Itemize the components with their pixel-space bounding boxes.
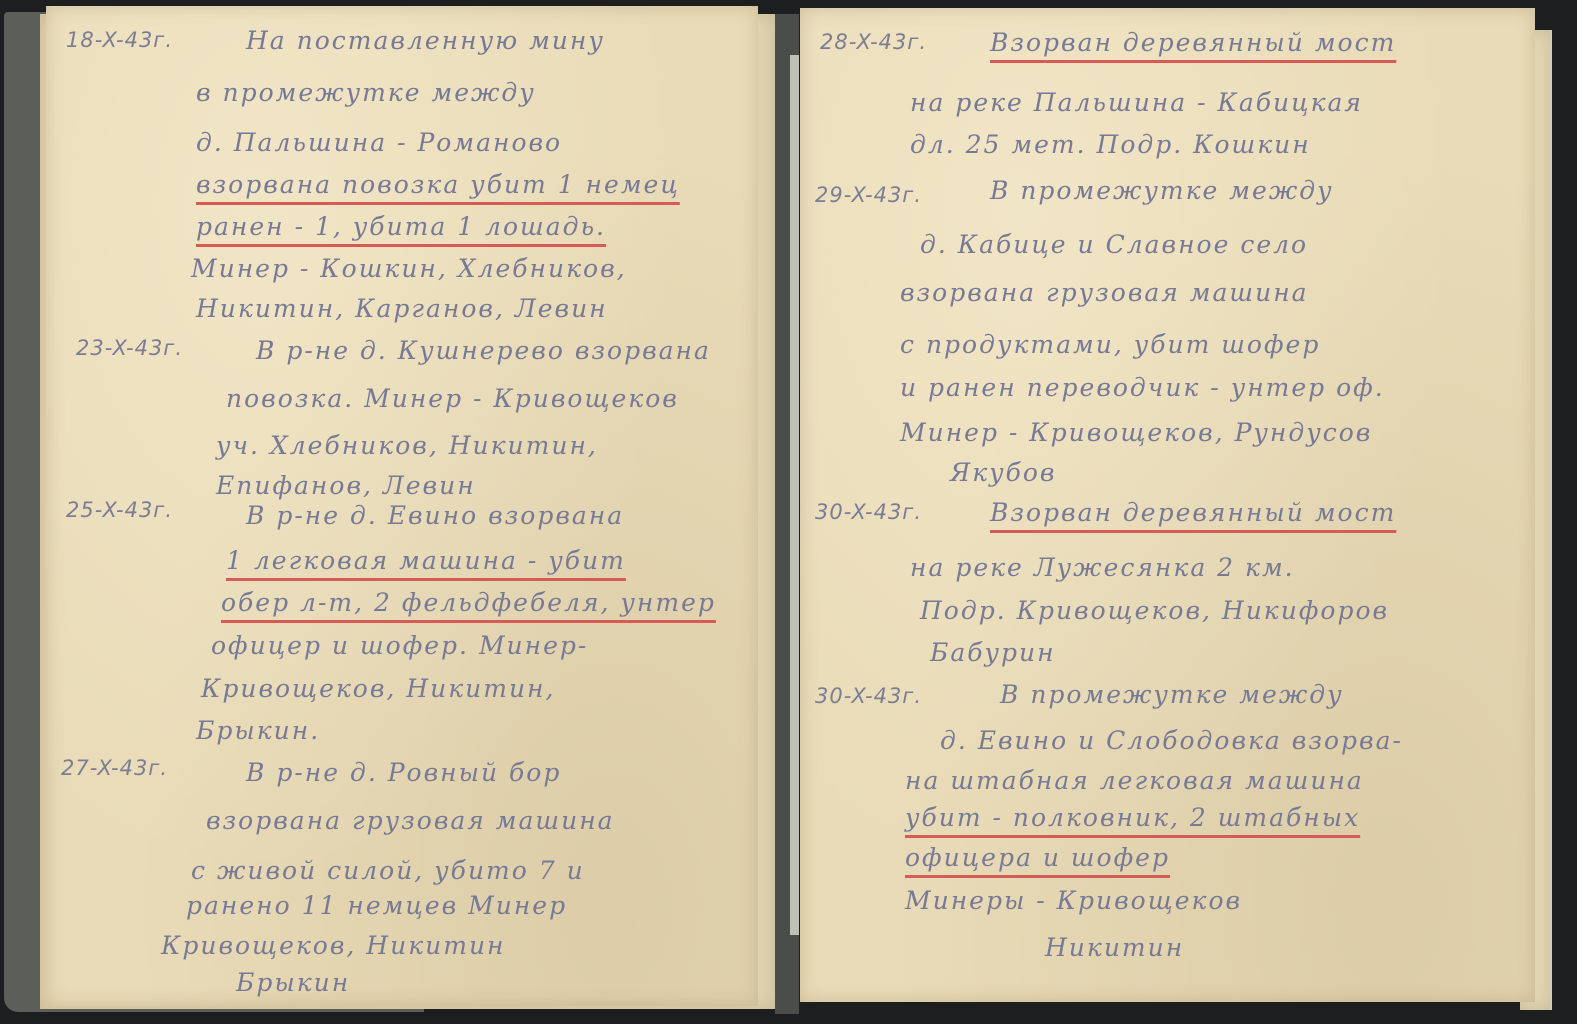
entry-line-underlined: офицера и шофер — [905, 843, 1170, 872]
entry-date: 30-X-43г. — [815, 684, 922, 708]
entry-line: на штабная легковая машина — [905, 766, 1364, 795]
entry-line: Минер - Кошкин, Хлебников, — [191, 254, 627, 283]
entry-line-underlined: ранен - 1, убита 1 лошадь. — [196, 212, 606, 241]
entry-line: взорвана грузовая машина — [206, 806, 615, 835]
entry-line: Никитин — [1045, 933, 1184, 962]
entry-line: ранено 11 немцев Минер — [186, 891, 567, 920]
entry-date: 18-X-43г. — [66, 28, 173, 52]
entry-line: Никитин, Карганов, Левин — [196, 294, 608, 323]
entry-line: уч. Хлебников, Никитин, — [216, 431, 598, 460]
entry-line: с живой силой, убито 7 и — [191, 856, 585, 885]
entry-line: д. Пальшина - Романово — [196, 128, 562, 157]
entry-line: Брыкин — [236, 968, 350, 997]
entry-line: на реке Пальшина - Кабицкая — [910, 88, 1363, 117]
entry-line-underlined: Взорван деревянный мост — [990, 498, 1396, 527]
entry-date: 23-X-43г. — [76, 336, 183, 360]
entry-date: 28-X-43г. — [820, 30, 927, 54]
entry-line: Бабурин — [930, 638, 1056, 667]
entry-line: и ранен переводчик - унтер оф. — [900, 373, 1385, 402]
entry-line: дл. 25 мет. Подр. Кошкин — [910, 130, 1311, 159]
entry-line: офицер и шофер. Минер- — [211, 631, 588, 660]
entry-line: На поставленную мину — [246, 26, 605, 55]
entry-line: В р-не д. Ровный бор — [246, 758, 561, 787]
entry-line: в промежутке между — [196, 78, 536, 107]
entry-line: Минеры - Кривощеков — [905, 886, 1242, 915]
binding-strip — [790, 55, 799, 935]
entry-line: Якубов — [950, 458, 1056, 487]
entry-line-underlined: 1 легковая машина - убит — [226, 546, 626, 575]
entry-line-underlined: взорвана повозка убит 1 немец — [196, 170, 680, 199]
entry-line: В р-не д. Кушнерево взорвана — [256, 336, 711, 365]
entry-line: Кривощеков, Никитин, — [201, 674, 555, 703]
entry-line: В промежутке между — [990, 176, 1334, 205]
entry-date: 29-X-43г. — [815, 183, 922, 207]
entry-line-underlined: убит - полковник, 2 штабных — [905, 803, 1360, 832]
entry-line: д. Кабице и Славное село — [920, 230, 1308, 259]
entry-date: 27-X-43г. — [61, 756, 168, 780]
entry-date: 30-X-43г. — [815, 500, 922, 524]
entry-line: взорвана грузовая машина — [900, 278, 1309, 307]
right-page: 28-X-43г. Взорван деревянный мост на рек… — [800, 8, 1535, 1002]
entry-date: 25-X-43г. — [66, 498, 173, 522]
entry-line: Кривощеков, Никитин — [161, 931, 506, 960]
entry-line: на реке Лужесянка 2 км. — [910, 553, 1295, 582]
entry-line: Брыкин. — [196, 716, 320, 745]
entry-line: В р-не д. Евино взорвана — [246, 501, 624, 530]
entry-line-underlined: обер л-т, 2 фельдфебеля, унтер — [221, 588, 716, 617]
entry-line: Подр. Кривощеков, Никифоров — [920, 596, 1389, 625]
entry-line: д. Евино и Слободовка взорва- — [940, 726, 1403, 755]
entry-line: В промежутке между — [1000, 680, 1344, 709]
entry-line: с продуктами, убит шофер — [900, 330, 1320, 359]
entry-line-underlined: Взорван деревянный мост — [990, 28, 1396, 57]
entry-line: Епифанов, Левин — [216, 471, 476, 500]
left-page: 18-X-43г. На поставленную мину в промежу… — [46, 6, 758, 1006]
entry-line: Минер - Кривощеков, Рундусов — [900, 418, 1372, 447]
entry-line: повозка. Минер - Кривощеков — [226, 384, 679, 413]
